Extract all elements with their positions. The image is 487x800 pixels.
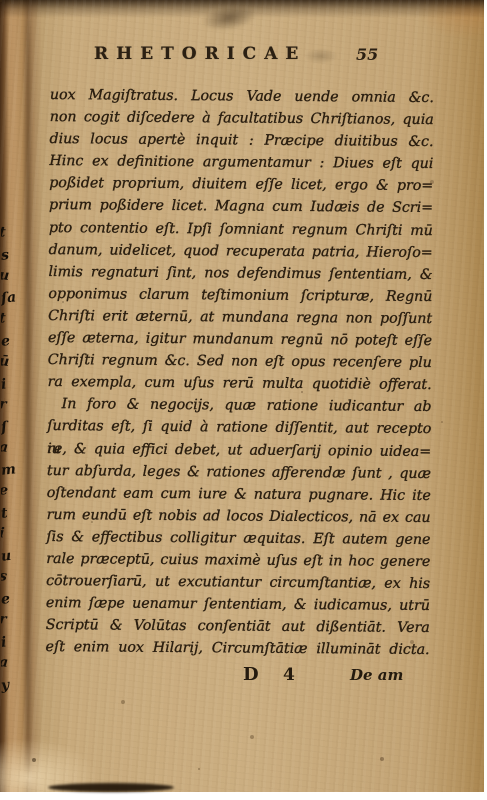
page-number: 55: [356, 45, 378, 64]
page-edge-letter-fragment: e: [1, 333, 18, 349]
text-line: danum, uidelicet, quod recuperata patria…: [49, 239, 433, 264]
page-edge-letter-fragment: y: [1, 677, 18, 693]
page-edge-letter-fragment: e: [1, 591, 18, 607]
facing-page-text-fragments: tsuſateūirſametiuseriay: [1, 226, 18, 704]
page-edge-letter-fragment: s: [1, 247, 18, 263]
text-line: ra exempla, cum uſus rerū multa quotidiè…: [48, 371, 432, 396]
page-edge-letter-fragment: i: [1, 376, 18, 392]
gathering-signature-number: 4: [283, 665, 295, 685]
page-edge-letter-fragment: s: [1, 569, 17, 584]
text-line: dius locus apertè inquit : Præcipe diuit…: [49, 128, 433, 153]
catchword: De am: [350, 666, 403, 684]
text-line: Scriptū & Volūtas conſentiāt aut dißenti…: [46, 614, 430, 639]
page-edge-letter-fragment: r: [1, 397, 17, 412]
text-line: non cogit diſcedere à facultatibus Chriſ…: [50, 106, 434, 131]
page-edge-letter-fragment: t: [1, 505, 18, 521]
scanned-book-page: tsuſateūirſametiuseriay RHETORICAE 55 uo…: [0, 0, 484, 792]
text-line: enim ſæpe uenamur ſententiam, & iudicamu…: [46, 592, 430, 617]
running-header-title: RHETORICAE: [94, 44, 306, 64]
text-line: rale præceptū, cuius maximè uſus eſt in …: [46, 548, 430, 573]
page-edge-shadow-blob: [48, 783, 174, 792]
faint-stain: [304, 48, 338, 64]
page-edge-letter-fragment: u: [1, 548, 18, 564]
text-line: eſt enim uox Hilarij, Circumſtātiæ illum…: [45, 636, 429, 661]
page-edge-letter-fragment: m: [1, 462, 18, 478]
paper-specks: [0, 0, 2, 2]
gathering-signature-letter: D: [243, 664, 259, 685]
signature-line: D 4 De am: [50, 664, 434, 690]
page-edge-letter-fragment: ſ: [1, 419, 18, 435]
ink-smudge: [199, 2, 258, 34]
page-edge-letter-fragment: a: [1, 440, 17, 455]
text-line: Hinc ex definitione argumentamur : Diues…: [49, 150, 433, 175]
text-line: pto contentio eſt. Ipſi ſomniant regnum …: [49, 217, 433, 242]
page-edge-letter-fragment: ū: [1, 354, 17, 369]
text-line: In foro & negocijs, quæ ratione iudicant…: [47, 393, 431, 418]
text-line: Chriſti regnum &c. Sed non eſt opus rece…: [48, 349, 432, 374]
page-edge-letter-fragment: a: [1, 655, 17, 670]
body-text-block: uox Magiſtratus. Locus Vade uende omnia …: [45, 84, 433, 661]
gutter-crease-shadow: [26, 20, 30, 770]
page-edge-letter-fragment: t: [1, 311, 17, 326]
page-edge-letter-fragment: i: [1, 526, 17, 541]
text-line: re, & quia effici debet, ut aduerſarij o…: [47, 437, 431, 462]
text-line: rum eundū eſt nobis ad locos Dialecticos…: [47, 504, 431, 529]
page-edge-letter-fragment: e: [1, 483, 17, 498]
text-line: eſſe æterna, igitur mundanum regnū nō po…: [48, 327, 432, 352]
text-line: tur abſurda, leges & rationes afferendæ …: [47, 460, 431, 485]
text-line: ſurditas eſt, ſi quid à ratione diſſenti…: [47, 415, 431, 440]
text-line: limis regnaturi ſint, nos defendimus ſen…: [48, 261, 432, 286]
text-line: ſis & effectibus colligitur æquitas. Eſt…: [46, 526, 430, 551]
text-line: cōtrouerſiarū, ut excutiantur circumſtan…: [46, 570, 430, 595]
page-edge-letter-fragment: i: [1, 634, 18, 650]
text-line: poßidet proprium, diuitem eſſe licet, er…: [49, 172, 433, 197]
page-edge-letter-fragment: u: [1, 268, 17, 283]
page-edge-letter-fragment: ſa: [1, 290, 18, 306]
page-edge-letter-fragment: r: [1, 612, 17, 627]
text-line: prium poßidere licet. Magna cum Iudæis d…: [49, 194, 433, 219]
text-line: oſtendant eam cum iure & natura pugnare.…: [47, 482, 431, 507]
text-line: opponimus clarum teſtimonium ſcripturæ, …: [48, 283, 432, 308]
text-line: Chriſti erit æternū, at mundana regna no…: [48, 305, 432, 330]
text-line: uox Magiſtratus. Locus Vade uende omnia …: [50, 84, 434, 109]
page-edge-letter-fragment: t: [1, 226, 17, 241]
